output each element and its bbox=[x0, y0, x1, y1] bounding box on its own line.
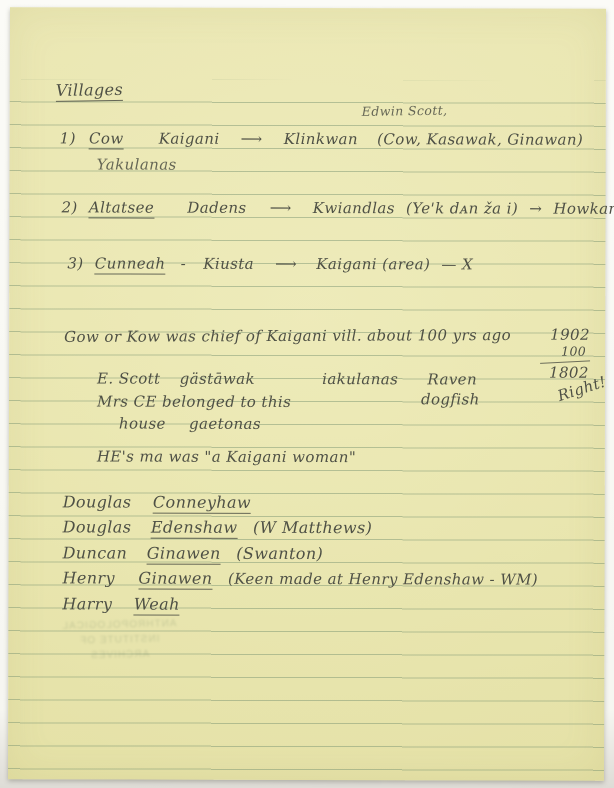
item2-paren: (Yeꞌk dᴀn ža i) bbox=[406, 200, 518, 217]
scott-name: E. Scott bbox=[97, 370, 160, 387]
bleedthrough-stamp: ANTHROPOLOGICAL INSTITUTE OF ARCHIVES bbox=[34, 616, 205, 665]
item2-arrow2: → bbox=[529, 201, 542, 218]
name-row-2: Douglas Edenshaw (W Matthews) bbox=[63, 518, 373, 538]
item3-mark: X bbox=[462, 256, 473, 273]
ruled-lines bbox=[8, 79, 606, 779]
heading-text: Villages bbox=[56, 81, 124, 102]
scott-word: gästāwak bbox=[180, 371, 255, 388]
scott-quote: HE's ma was "a Kaigani woman" bbox=[97, 448, 356, 465]
item3-village: Kiusta bbox=[203, 256, 254, 273]
stamp-line-3: ARCHIVES bbox=[35, 646, 205, 665]
item2-chief: Altatsee bbox=[89, 199, 154, 218]
para-chief-note: Gow or Kow was chief of Kaigani vill. ab… bbox=[64, 327, 511, 345]
item1-below: Yakulanas bbox=[97, 156, 177, 173]
item2-arrow: ⟶ bbox=[270, 200, 292, 217]
item3-chief: Cunneah bbox=[95, 255, 166, 274]
item2-dest: Kwiandlas bbox=[313, 200, 395, 217]
item3-dest: Kaigani (area) bbox=[316, 256, 430, 273]
item1-village: Kaigani bbox=[159, 131, 220, 148]
item1-arrow: ⟶ bbox=[241, 131, 263, 148]
scott-line3: house gaetonas bbox=[119, 416, 261, 433]
name-row-3: Duncan Ginawen (Swanton) bbox=[63, 544, 324, 564]
scott-line2: Mrs CE belonged to this bbox=[97, 393, 291, 410]
item2-num: 2) bbox=[61, 199, 77, 216]
item3-num: 3) bbox=[67, 255, 83, 272]
list-item-2: 2) Altatsee Dadens ⟶ Kwiandlas (Yeꞌk dᴀn… bbox=[61, 199, 614, 219]
item2-village: Dadens bbox=[187, 200, 246, 217]
item2-dest2: Howkan? bbox=[553, 201, 614, 218]
item1-dest: Klinkwan bbox=[284, 131, 358, 148]
calc-sub: 100 bbox=[561, 345, 586, 359]
notepad-paper: Villages Edwin Scott, 1) Cow Kaigani ⟶ K… bbox=[8, 7, 606, 781]
heading-villages: Villages bbox=[56, 81, 124, 102]
name-row-1: Douglas Conneyhaw bbox=[63, 493, 251, 513]
list-item-3: 3) Cunneah - Kiusta ⟶ Kaigani (area) — X bbox=[67, 255, 473, 275]
scott-word2: iakulanas bbox=[322, 371, 398, 388]
scott-word3: Raven bbox=[427, 371, 477, 388]
calc-top: 1902 bbox=[550, 327, 590, 344]
scott-line2-right: dogfish bbox=[421, 391, 480, 408]
item1-chief: Cow bbox=[89, 130, 124, 149]
name-row-4: Henry Ginawen (Keen made at Henry Edensh… bbox=[62, 569, 538, 590]
item1-paren: (Cow, Kasawak, Ginawan) bbox=[377, 131, 583, 148]
item3-arrow2: — bbox=[441, 256, 456, 273]
list-item-1: 1) Cow Kaigani ⟶ Klinkwan (Cow, Kasawak,… bbox=[60, 130, 584, 150]
name-row-5: Harry Weah bbox=[62, 595, 179, 615]
item1-num: 1) bbox=[60, 130, 76, 147]
annotation-edwin-scott: Edwin Scott, bbox=[362, 104, 448, 119]
scanned-note-page: { "doc": { "heading": "Villages", "annot… bbox=[0, 0, 614, 788]
item3-arrow: ⟶ bbox=[275, 256, 297, 273]
scott-line1: E. Scott gästāwak iakulanas Raven bbox=[97, 370, 477, 387]
